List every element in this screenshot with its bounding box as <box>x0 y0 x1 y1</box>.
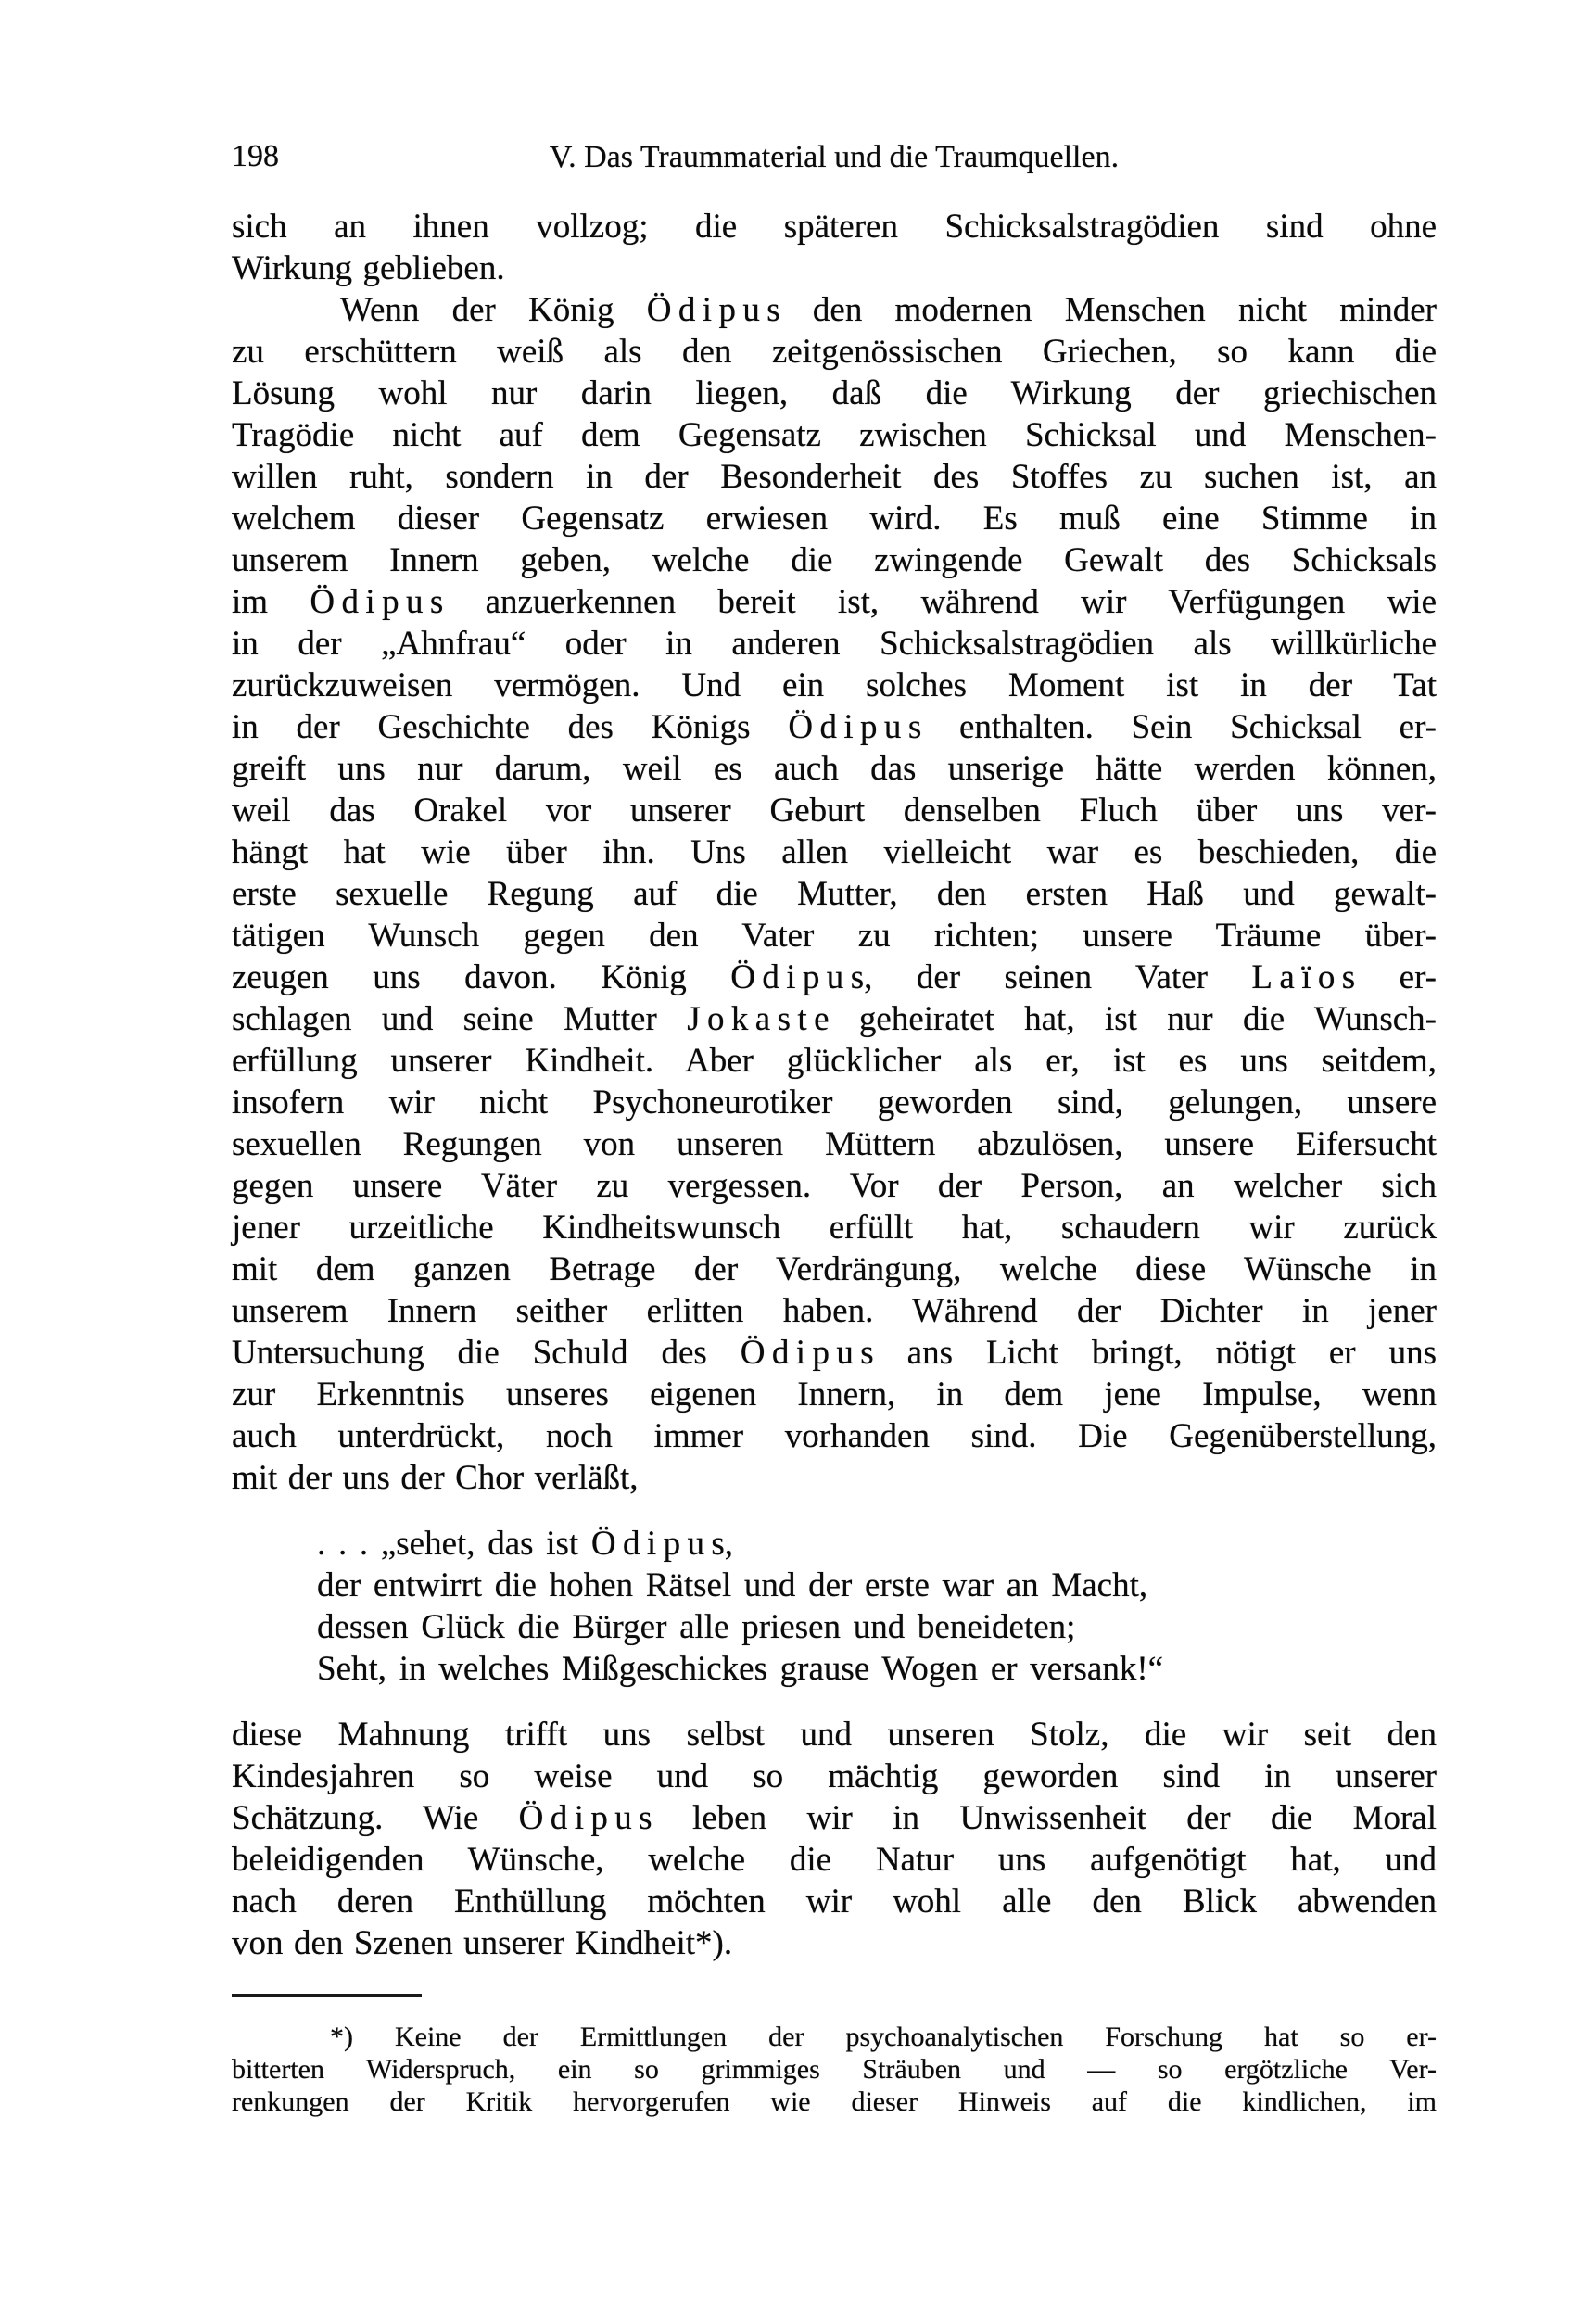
text-line: erste sexuelle Regung auf die Mutter, de… <box>232 873 1437 915</box>
text-line: dessen Glück die Bürger alle priesen und… <box>317 1606 1437 1648</box>
letterspaced-name: Ödipus <box>647 291 787 329</box>
text-line: diese Mahnung trifft uns selbst und unse… <box>232 1714 1437 1756</box>
text-line: gegen unsere Väter zu vergessen. Vor der… <box>232 1165 1437 1207</box>
text-segment: beleidigenden Wünsche, welche die Natur … <box>232 1841 1437 1879</box>
letterspaced-name: Laïos <box>1251 958 1362 996</box>
text-line: in der Geschichte des Königs Ödipus enth… <box>232 706 1437 748</box>
text-segment: in der „Ahnfrau“ oder in anderen Schicks… <box>232 625 1437 663</box>
letterspaced-name: Ödipus <box>591 1525 731 1563</box>
text-line: mit dem ganzen Betrage der Verdrängung, … <box>232 1249 1437 1290</box>
text-line: insofern wir nicht Psychoneurotiker gewo… <box>232 1082 1437 1123</box>
text-line: zurückzuweisen vermögen. Und ein solches… <box>232 665 1437 706</box>
text-segment: der entwirrt die hohen Rätsel und der er… <box>317 1566 1147 1604</box>
text-segment: gegen unsere Väter zu vergessen. Vor der… <box>232 1167 1437 1205</box>
paragraph-first: sich an ihnen vollzog; die späteren Schi… <box>232 206 1437 289</box>
text-line: hängt hat wie über ihn. Uns allen vielle… <box>232 831 1437 873</box>
text-line: Wirkung geblieben. <box>232 247 1437 289</box>
text-segment: hängt hat wie über ihn. Uns allen vielle… <box>232 833 1437 871</box>
text-line: sexuellen Regungen von unseren Müttern a… <box>232 1123 1437 1165</box>
text-segment: zurückzuweisen vermögen. Und ein solches… <box>232 666 1437 704</box>
text-line: Tragödie nicht auf dem Gegensatz zwische… <box>232 414 1437 456</box>
text-segment: ans Licht bringt, nötigt er uns <box>874 1334 1437 1372</box>
text-segment: dessen Glück die Bürger alle priesen und… <box>317 1608 1075 1646</box>
text-segment: willen ruht, sondern in der Besonderheit… <box>232 458 1437 496</box>
letterspaced-name: Ödipus <box>730 958 870 996</box>
text-segment: mit der uns der Chor verläßt, <box>232 1459 639 1497</box>
text-line: jener urzeitliche Kindheitswunsch erfüll… <box>232 1207 1437 1249</box>
book-page: 198 V. Das Traummaterial und die Traumqu… <box>0 0 1596 2320</box>
letterspaced-name: Ödipus <box>310 583 450 621</box>
text-segment: schlagen und seine Mutter <box>232 1000 687 1038</box>
letterspaced-name: Ödipus <box>741 1334 880 1372</box>
text-segment: leben wir in Unwissenheit der die Moral <box>652 1799 1437 1837</box>
text-line: schlagen und seine Mutter Jokaste geheir… <box>232 998 1437 1040</box>
text-segment: Schätzung. Wie <box>232 1799 519 1837</box>
text-line: zeugen uns davon. König Ödipus, der sein… <box>232 957 1437 998</box>
text-line: zur Erkenntnis unseres eigenen Innern, i… <box>232 1374 1437 1415</box>
text-line: in der „Ahnfrau“ oder in anderen Schicks… <box>232 623 1437 665</box>
text-line: tätigen Wunsch gegen den Vater zu richte… <box>232 915 1437 957</box>
text-segment: . . . „sehet, das ist <box>317 1525 591 1563</box>
text-segment: unserem Innern seither erlitten haben. W… <box>232 1292 1437 1330</box>
closing-paragraph: diese Mahnung trifft uns selbst und unse… <box>232 1714 1437 1964</box>
text-segment: er- <box>1355 958 1437 996</box>
text-segment: welchem dieser Gegensatz erwiesen wird. … <box>232 500 1437 538</box>
running-header: V. Das Traummaterial und die Traumquelle… <box>232 0 1437 180</box>
text-line: mit der uns der Chor verläßt, <box>232 1457 1437 1499</box>
footnote: *) Keine der Ermittlungen der psychoanal… <box>232 2021 1437 2118</box>
text-line: sich an ihnen vollzog; die späteren Schi… <box>232 206 1437 247</box>
text-line: weil das Orakel vor unserer Geburt dense… <box>232 790 1437 831</box>
text-segment: Lösung wohl nur darin liegen, daß die Wi… <box>232 374 1437 412</box>
text-segment: diese Mahnung trifft uns selbst und unse… <box>232 1716 1437 1754</box>
text-line: Kindesjahren so weise und so mächtig gew… <box>232 1756 1437 1797</box>
text-segment: geheiratet hat, ist nur die Wunsch- <box>830 1000 1437 1038</box>
text-line: renkungen der Kritik hervorgerufen wie d… <box>232 2085 1437 2118</box>
text-segment: enthalten. Sein Schicksal er- <box>921 708 1437 746</box>
text-segment: mit dem ganzen Betrage der Verdrängung, … <box>232 1250 1437 1288</box>
text-segment: Kindesjahren so weise und so mächtig gew… <box>232 1757 1437 1795</box>
text-segment: erfüllung unserer Kindheit. Aber glückli… <box>232 1042 1437 1080</box>
text-line: welchem dieser Gegensatz erwiesen wird. … <box>232 498 1437 539</box>
text-segment: nach deren Enthüllung möchten wir wohl a… <box>232 1883 1437 1921</box>
text-line: unserem Innern seither erlitten haben. W… <box>232 1290 1437 1332</box>
text-line: Wenn der König Ödipus den modernen Mensc… <box>232 289 1437 331</box>
text-segment: , der seinen Vater <box>864 958 1251 996</box>
text-line: Untersuchung die Schuld des Ödipus ans L… <box>232 1332 1437 1374</box>
text-segment: anzuerkennen bereit ist, während wir Ver… <box>443 583 1437 621</box>
text-segment: insofern wir nicht Psychoneurotiker gewo… <box>232 1084 1437 1122</box>
text-line: unserem Innern geben, welche die zwingen… <box>232 539 1437 581</box>
text-segment: Untersuchung die Schuld des <box>232 1334 741 1372</box>
text-line: von den Szenen unserer Kindheit*). <box>232 1922 1437 1964</box>
text-segment: weil das Orakel vor unserer Geburt dense… <box>232 792 1437 830</box>
text-segment: zeugen uns davon. König <box>232 958 730 996</box>
text-line: Lösung wohl nur darin liegen, daß die Wi… <box>232 373 1437 414</box>
text-line: erfüllung unserer Kindheit. Aber glückli… <box>232 1040 1437 1082</box>
footnote-rule <box>232 1994 422 1997</box>
text-segment: sich an ihnen vollzog; die späteren Schi… <box>232 208 1437 246</box>
text-block: V. Das Traummaterial und die Traumquelle… <box>232 0 1437 2118</box>
text-line: der entwirrt die hohen Rätsel und der er… <box>317 1565 1437 1606</box>
text-line: Schätzung. Wie Ödipus leben wir in Unwis… <box>232 1797 1437 1839</box>
paragraph-oedipus: Wenn der König Ödipus den modernen Mensc… <box>232 289 1437 1499</box>
text-segment: in der Geschichte des Königs <box>232 708 788 746</box>
text-line: greift uns nur darum, weil es auch das u… <box>232 748 1437 790</box>
text-line: zu erschüttern weiß als den zeitgenössis… <box>232 331 1437 373</box>
text-line: *) Keine der Ermittlungen der psychoanal… <box>232 2021 1437 2053</box>
text-segment: Wirkung geblieben. <box>232 249 505 287</box>
letterspaced-name: Jokaste <box>687 1000 836 1038</box>
text-line: im Ödipus anzuerkennen bereit ist, währe… <box>232 581 1437 623</box>
text-segment: renkungen der Kritik hervorgerufen wie d… <box>232 2086 1437 2117</box>
text-segment: *) Keine der Ermittlungen der psychoanal… <box>330 2022 1437 2052</box>
text-segment: auch unterdrückt, noch immer vorhanden s… <box>232 1417 1437 1455</box>
text-line: willen ruht, sondern in der Besonderheit… <box>232 456 1437 498</box>
text-segment: zur Erkenntnis unseres eigenen Innern, i… <box>232 1376 1437 1414</box>
text-line: auch unterdrückt, noch immer vorhanden s… <box>232 1415 1437 1457</box>
text-line: beleidigenden Wünsche, welche die Natur … <box>232 1839 1437 1881</box>
text-segment: von den Szenen unserer Kindheit*). <box>232 1924 732 1962</box>
text-segment: zu erschüttern weiß als den zeitgenössis… <box>232 333 1437 371</box>
letterspaced-name: Ödipus <box>788 708 928 746</box>
text-segment: erste sexuelle Regung auf die Mutter, de… <box>232 875 1437 913</box>
text-segment: greift uns nur darum, weil es auch das u… <box>232 750 1437 788</box>
running-header-title: V. Das Traummaterial und die Traumquelle… <box>232 139 1437 176</box>
letterspaced-name: Ödipus <box>519 1799 659 1837</box>
text-segment: Seht, in welches Mißgeschickes grause Wo… <box>317 1650 1163 1688</box>
text-segment: sexuellen Regungen von unseren Müttern a… <box>232 1125 1437 1163</box>
text-segment: unserem Innern geben, welche die zwingen… <box>232 541 1437 579</box>
text-line: bitterten Widerspruch, ein so grimmiges … <box>232 2053 1437 2085</box>
text-segment: Tragödie nicht auf dem Gegensatz zwische… <box>232 416 1437 454</box>
text-segment: Wenn der König <box>340 291 647 329</box>
text-segment: , <box>725 1525 733 1563</box>
text-segment: jener urzeitliche Kindheitswunsch erfüll… <box>232 1209 1437 1247</box>
text-segment: den modernen Menschen nicht minder <box>780 291 1437 329</box>
text-segment: im <box>232 583 310 621</box>
verse-quote: . . . „sehet, das ist Ödipus,der entwirr… <box>317 1523 1437 1690</box>
text-segment: tätigen Wunsch gegen den Vater zu richte… <box>232 917 1437 955</box>
text-line: nach deren Enthüllung möchten wir wohl a… <box>232 1881 1437 1922</box>
text-segment: bitterten Widerspruch, ein so grimmiges … <box>232 2054 1437 2085</box>
text-line: Seht, in welches Mißgeschickes grause Wo… <box>317 1648 1437 1690</box>
text-line: . . . „sehet, das ist Ödipus, <box>317 1523 1437 1565</box>
